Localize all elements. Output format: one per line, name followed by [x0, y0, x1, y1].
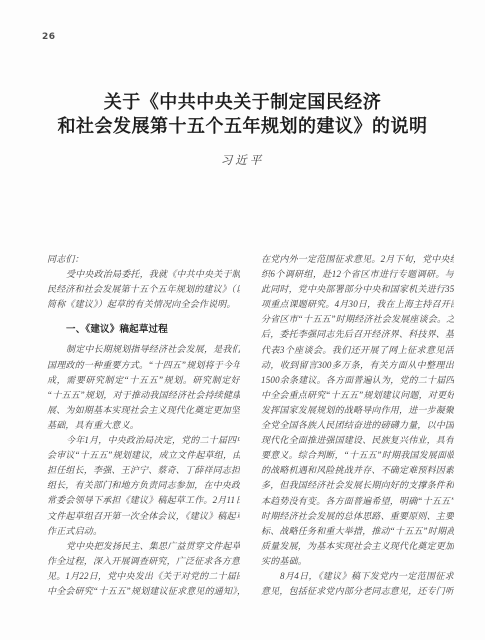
text-line: 代表3个座谈会。我们还开展了网上征求意见活 — [261, 343, 454, 358]
text-line: 成，需要研究制定“十五五”规划。研究制定好 — [47, 373, 240, 388]
section-heading: 一、《建议》稿起草过程 — [47, 322, 240, 337]
text-line: 项重点课题研究。4月30日，我在上海主持召开部 — [261, 297, 454, 312]
text-line: “十五五”规划，对于推动我国经济社会持续健康发 — [47, 388, 240, 403]
text-line: 后，委托李强同志先后召开经济界、科技界、基层 — [261, 327, 454, 342]
body-columns: 同志们：受中央政治局委托，我就《中共中央关于制定国民经济和社会发展第十五个五年规… — [47, 252, 454, 599]
text-line: 制定中长期规划指导经济社会发展，是我们党治 — [47, 342, 240, 357]
text-line: 此同时，党中央部署部分中央和国家机关进行35 — [261, 282, 454, 297]
text-line: 民经济和社会发展第十五个五年规划的建议》（以下 — [47, 282, 240, 297]
text-line: 织6个调研组，赴12个省区市进行专题调研。与 — [261, 267, 454, 282]
text-line: 质量发展，为基本实现社会主义现代化奠定更加坚 — [261, 539, 454, 554]
page-number: 26 — [42, 32, 56, 42]
document-page: 26 关于《中共中央关于制定国民经济 和社会发展第十五个五年规划的建议》的说明 … — [0, 0, 485, 640]
text-line: 作正式启动。 — [47, 524, 240, 539]
document-title-line-2: 和社会发展第十五个五年规划的建议》的说明 — [0, 115, 485, 139]
text-line: 要意义。综合判断，“十五五”时期我国发展面临 — [261, 448, 454, 463]
text-line: 党中央把发扬民主、集思广益贯穿文件起草工 — [47, 539, 240, 554]
text-line: 标、战略任务和重大举措，推动“十五五”时期高 — [261, 524, 454, 539]
text-line: 全党全国各族人民团结奋进的磅礴力量，以中国式 — [261, 418, 454, 433]
text-line: 中全会研究“十五五”规划建议征求意见的通知》， — [47, 584, 240, 599]
text-line: 受中央政治局委托，我就《中共中央关于制定国 — [47, 267, 240, 282]
text-line: 在党内外一定范围征求意见。2月下旬，党中央组 — [261, 252, 454, 267]
text-line: 担任组长，李强、王沪宁、蔡奇、丁薛祥同志担任副 — [47, 463, 240, 478]
text-line: 意见，包括征求党内部分老同志意见，还专门听取 — [261, 584, 454, 599]
text-line: 中全会重点研究“十五五”规划建议问题，对更好 — [261, 388, 454, 403]
text-line: 国理政的一种重要方式。“十四五”规划将于今年完 — [47, 358, 240, 373]
document-title-line-1: 关于《中共中央关于制定国民经济 — [0, 91, 485, 115]
right-column: 在党内外一定范围征求意见。2月下旬，党中央组织6个调研组，赴12个省区市进行专题… — [261, 252, 454, 599]
text-line: 见。1月22日，党中央发出《关于对党的二十届四 — [47, 569, 240, 584]
text-line: 的战略机遇和风险挑战并存、不确定难预料因素增 — [261, 463, 454, 478]
text-line: 多，但我国经济社会发展长期向好的支撑条件和基 — [261, 478, 454, 493]
text-line: 展、为如期基本实现社会主义现代化奠定更加坚实的 — [47, 403, 240, 418]
text-line: 8月4日，《建议》稿下发党内一定范围征求 — [261, 569, 454, 584]
text-line: 发挥国家发展规划的战略导向作用，进一步凝聚起 — [261, 403, 454, 418]
text-line: 时期经济社会发展的总体思路、重要原则、主要目 — [261, 509, 454, 524]
text-line: 实的基础。 — [261, 554, 454, 569]
text-line: 基础，具有重大意义。 — [47, 418, 240, 433]
document-title: 关于《中共中央关于制定国民经济 和社会发展第十五个五年规划的建议》的说明 — [0, 91, 485, 139]
text-line: 今年1月，中央政治局决定，党的二十届四中全 — [47, 433, 240, 448]
text-line: 分省区市“十五五”时期经济社会发展座谈会。之 — [261, 312, 454, 327]
text-line: 常委会领导下承担《建议》稿起草工作。2月11日， — [47, 493, 240, 508]
text-line: 本趋势没有变。各方面普遍希望，明确“十五五” — [261, 494, 454, 509]
text-line: 简称《建议》）起草的有关情况向全会作说明。 — [47, 297, 240, 312]
text-line: 组长，有关部门和地方负责同志参加，在中央政治局 — [47, 478, 240, 493]
text-line: 作全过程，深入开展调查研究，广泛征求各方意 — [47, 554, 240, 569]
text-line: 动，收到留言300多万条，有关方面从中整理出 — [261, 358, 454, 373]
text-line: 1500余条建议。各方面普遍认为，党的二十届四 — [261, 373, 454, 388]
text-line: 现代化全面推进强国建设、民族复兴伟业，具有重 — [261, 433, 454, 448]
text-line: 会审议“十五五”规划建议，成立文件起草组，由我 — [47, 448, 240, 463]
text-line: 同志们： — [47, 252, 240, 267]
text-line: 文件起草组召开第一次全体会议，《建议》稿起草工 — [47, 509, 240, 524]
author-name: 习近平 — [0, 152, 485, 168]
left-column: 同志们：受中央政治局委托，我就《中共中央关于制定国民经济和社会发展第十五个五年规… — [47, 252, 240, 599]
